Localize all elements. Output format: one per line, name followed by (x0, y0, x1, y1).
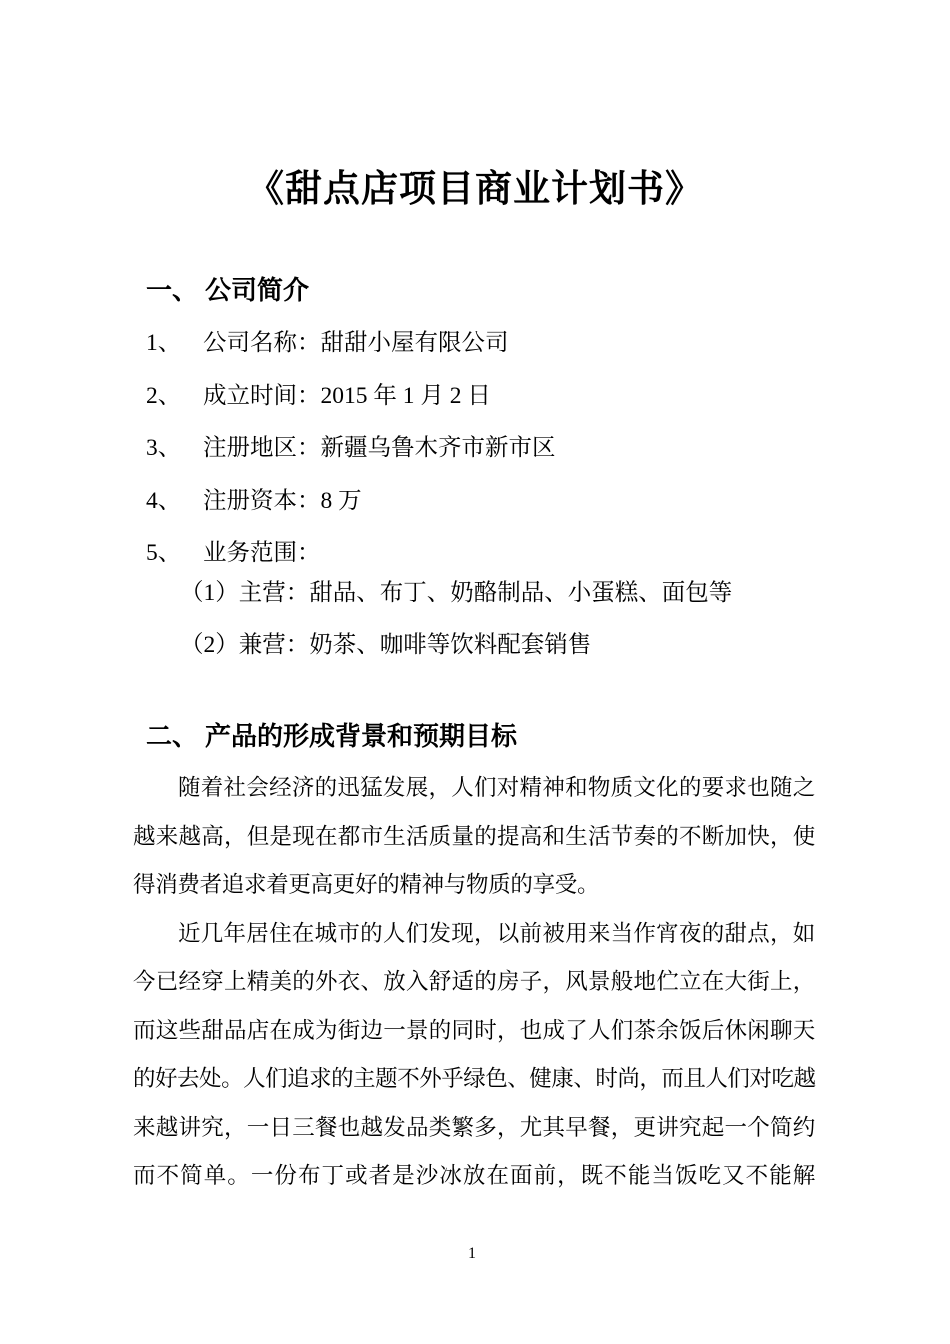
paragraph1-line: 随着社会经济的迅猛发展，人们对精神和物质文化的要求也随之 (133, 764, 815, 813)
paragraph2-line: 来越讲究，一日三餐也越发品类繁多，尤其早餐，更讲究起一个简约 (133, 1104, 815, 1153)
list-item-registered-region: 3、注册地区：新疆乌鲁木齐市新市区 (146, 433, 950, 463)
section2-heading: 二、产品的形成背景和预期目标 (146, 719, 950, 753)
page-number: 1 (0, 1245, 944, 1263)
document-title: 《甜点店项目商业计划书》 (0, 0, 950, 212)
paragraph1-line: 越来越高，但是现在都市生活质量的提高和生活节奏的不断加快，使 (133, 813, 815, 862)
list-item-number: 5、 (146, 538, 203, 568)
list-item-text: 公司名称：甜甜小屋有限公司 (203, 330, 509, 356)
section1-number: 一、 (146, 273, 205, 307)
list-item-text: 成立时间：2015 年 1 月 2 日 (203, 383, 491, 409)
paragraph2-line: 的好去处。人们追求的主题不外乎绿色、健康、时尚，而且人们对吃越 (133, 1055, 815, 1104)
list-item-business-scope: 5、业务范围： (146, 538, 950, 568)
list-item-number: 2、 (146, 381, 203, 411)
sub-item-side-business: （2）兼营：奶茶、咖啡等饮料配套销售 (180, 630, 950, 660)
section2-number: 二、 (146, 719, 205, 753)
section2-title: 产品的形成背景和预期目标 (205, 721, 517, 751)
section2-body: 随着社会经济的迅猛发展，人们对精神和物质文化的要求也随之 越来越高，但是现在都市… (133, 764, 815, 1201)
document-page: 《甜点店项目商业计划书》 一、公司简介 1、公司名称：甜甜小屋有限公司 2、成立… (0, 0, 950, 1344)
paragraph2-line: 而不简单。一份布丁或者是沙冰放在面前，既不能当饭吃又不能解 (133, 1152, 815, 1201)
paragraph2-line: 而这些甜品店在成为街边一景的同时，也成了人们茶余饭后休闲聊天 (133, 1007, 815, 1056)
paragraph2-line: 近几年居住在城市的人们发现，以前被用来当作宵夜的甜点，如 (133, 910, 815, 959)
list-item-founding-date: 2、成立时间：2015 年 1 月 2 日 (146, 381, 950, 411)
list-item-number: 1、 (146, 328, 203, 358)
section1-heading: 一、公司简介 (146, 273, 950, 307)
list-item-text: 业务范围： (203, 540, 321, 566)
paragraph2-line: 今已经穿上精美的外衣、放入舒适的房子，风景般地伫立在大街上， (133, 958, 815, 1007)
section1-title: 公司简介 (205, 275, 309, 305)
sub-item-main-business: （1）主营：甜品、布丁、奶酪制品、小蛋糕、面包等 (180, 578, 950, 608)
list-item-registered-capital: 4、注册资本：8 万 (146, 486, 950, 516)
list-item-number: 3、 (146, 433, 203, 463)
list-item-number: 4、 (146, 486, 203, 516)
paragraph1-line: 得消费者追求着更高更好的精神与物质的享受。 (133, 861, 815, 910)
list-item-text: 注册资本：8 万 (203, 488, 362, 514)
list-item-company-name: 1、公司名称：甜甜小屋有限公司 (146, 328, 950, 358)
list-item-text: 注册地区：新疆乌鲁木齐市新市区 (203, 435, 556, 461)
